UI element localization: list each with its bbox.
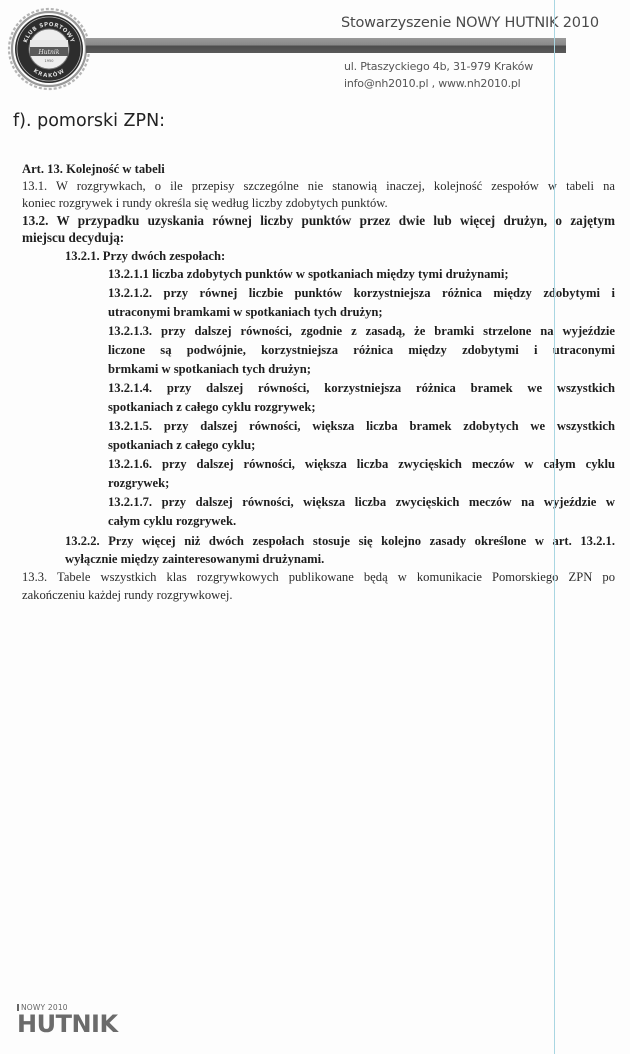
- paragraph-line: 13.3. Tabele wszystkich klas rozgrywkowy…: [22, 569, 615, 586]
- paragraph-line: 13.2. W przypadku uzyskania równej liczb…: [22, 212, 615, 229]
- club-crest-icon: KLUB SPORTOWY KRAKÓW Hutnik 1950: [6, 6, 92, 92]
- article-heading: Art. 13. Kolejność w tabeli: [22, 161, 615, 178]
- paragraph-line: spotkaniach z całego cyklu rozgrywek;: [108, 399, 615, 416]
- paragraph-line: wyłącznie między zainteresowanymi drużyn…: [65, 551, 615, 568]
- organization-name: Stowarzyszenie NOWY HUTNIK 2010: [341, 15, 599, 31]
- paragraph-line: 13.2.1.5. przy dalszej równości, większa…: [108, 418, 615, 435]
- paragraph-line: rozgrywek;: [108, 475, 615, 492]
- svg-text:Hutnik: Hutnik: [38, 49, 60, 56]
- svg-text:1950: 1950: [45, 59, 54, 63]
- footer-logo: NOWY 2010 HUTNIK: [17, 1003, 118, 1035]
- paragraph-line: utraconymi bramkami w spotkaniach tych d…: [108, 304, 615, 321]
- paragraph-line: 13.2.1.2. przy równej liczbie punktów ko…: [108, 285, 615, 302]
- paragraph-line: koniec rozgrywek i rundy określa się wed…: [22, 195, 615, 212]
- paragraph-line: 13.2.1. Przy dwóch zespołach:: [65, 248, 615, 265]
- paragraph-line: 13.2.1.3. przy dalszej równości, zgodnie…: [108, 323, 615, 340]
- section-title: f). pomorski ZPN:: [13, 111, 165, 131]
- footer-logo-wordmark: HUTNIK: [17, 1013, 118, 1035]
- paragraph-line: miejscu decydują:: [22, 229, 615, 246]
- paragraph-line: brmkami w spotkaniach tych drużyn;: [108, 361, 615, 378]
- page-guide-line: [554, 0, 555, 1054]
- header-divider-bar: [86, 38, 566, 53]
- paragraph-line: 13.2.1.6. przy dalszej równości, większa…: [108, 456, 615, 473]
- paragraph-line: 13.2.1.1 liczba zdobytych punktów w spot…: [108, 266, 615, 283]
- paragraph-line: 13.2.1.4. przy dalszej równości, korzyst…: [108, 380, 615, 397]
- paragraph-line: 13.1. W rozgrywkach, o ile przepisy szcz…: [22, 178, 615, 195]
- paragraph-line: zakończeniu każdej rundy rozgrywkowej.: [22, 587, 615, 604]
- paragraph-line: całym cyklu rozgrywek.: [108, 513, 615, 530]
- paragraph-line: 13.2.2. Przy więcej niż dwóch zespołach …: [65, 533, 615, 550]
- paragraph-line: 13.2.1.7. przy dalszej równości, większa…: [108, 494, 615, 511]
- paragraph-line: liczone są podwójnie, korzystniejsza róż…: [108, 342, 615, 359]
- organization-address: ul. Ptaszyckiego 4b, 31-979 Kraków: [344, 60, 533, 73]
- paragraph-line: spotkaniach z całego cyklu;: [108, 437, 615, 454]
- organization-contact: info@nh2010.pl , www.nh2010.pl: [344, 77, 521, 90]
